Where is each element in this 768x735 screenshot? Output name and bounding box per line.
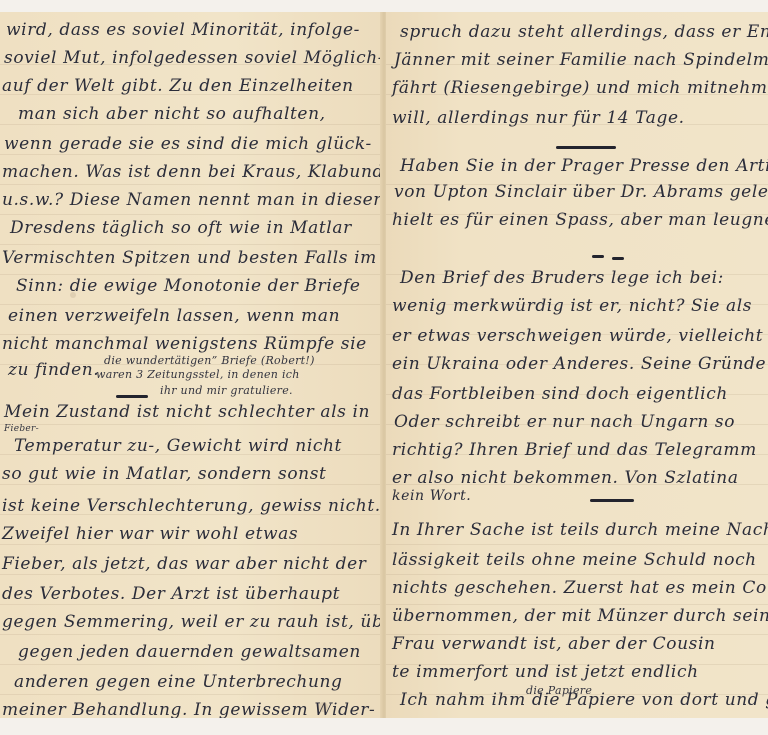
text-line: nicht manchmal wenigstens Rümpfe sie [2,334,367,354]
separator-stroke [556,146,616,149]
text-line: Ich nahm ihm die Papiere von dort und ga… [400,690,768,710]
separator-stroke [590,499,634,502]
text-line: Temperatur zu-, Gewicht wird nicht [14,436,342,456]
text-line: In Ihrer Sache ist teils durch meine Nac… [392,520,768,540]
text-line: Fieber, als jetzt, das war aber nicht de… [2,554,367,574]
text-line: gegen Semmering, weil er zu rauh ist, üb… [2,612,382,632]
text-line: machen. Was ist denn bei Kraus, Klabund [2,162,382,182]
interlinear-note: waren 3 Zeitungsstel, in denen ich [96,368,300,381]
separator-stroke [612,257,624,260]
text-line: so gut wie in Matlar, sondern sonst [2,464,326,484]
text-line: spruch dazu steht allerdings, dass er En… [400,22,768,42]
separator-stroke [116,395,148,398]
text-line: Dresdens täglich so oft wie in Matlar [10,218,352,238]
text-line: nichts geschehen. Zuerst hat es mein Cou… [392,578,768,598]
text-line: er etwas verschweigen würde, vielleicht … [392,326,768,346]
right-page: spruch dazu steht allerdings, dass er En… [386,12,768,718]
separator-stroke [592,255,604,258]
text-line: von Upton Sinclair über Dr. Abrams geles… [394,182,768,202]
text-line: man sich aber nicht so aufhalten, [18,104,326,124]
text-line: soviel Mut, infolgedessen soviel Möglich… [4,48,382,68]
text-line: Den Brief des Bruders lege ich bei: [400,268,724,288]
text-line: Vermischten Spitzen und besten Falls im [2,248,377,268]
text-line: Frau verwandt ist, aber der Cousin [392,634,716,654]
text-line: will, allerdings nur für 14 Tage. [392,108,685,128]
text-line: Sinn: die ewige Monotonie der Briefe [16,276,361,296]
text-line: kein Wort. [392,488,471,504]
text-line: lässigkeit teils ohne meine Schuld noch [392,550,757,570]
left-page: wird, dass es soviel Minorität, infolge-… [0,12,382,718]
text-line: einen verzweifeln lassen, wenn man [8,306,340,326]
paper-stain [70,292,76,298]
text-line: das Fortbleiben sind doch eigentlich [392,384,728,404]
text-line: u.s.w.? Diese Namen nennt man in diesen [2,190,382,210]
interlinear-note: Fieber- [4,424,39,434]
text-line: gegen jeden dauernden gewaltsamen [18,642,361,662]
text-line: ist keine Verschlechterung, gewiss nicht… [2,496,381,516]
text-line: Oder schreibt er nur nach Ungarn so [394,412,735,432]
text-line: te immerfort und ist jetzt endlich [392,662,699,682]
text-line: übernommen, der mit Münzer durch seine [392,606,768,626]
interlinear-note: ihr und mir gratuliere. [160,384,293,397]
text-line: Zweifel hier war wir wohl etwas [2,524,298,544]
interlinear-note: die wundertätigen” Briefe (Robert!) [104,354,315,367]
manuscript-spread: wird, dass es soviel Minorität, infolge-… [0,12,768,718]
text-line: zu finden. [8,360,99,380]
text-line: wird, dass es soviel Minorität, infolge- [6,20,360,40]
text-line: richtig? Ihren Brief und das Telegramm [392,440,757,460]
text-line: wenn gerade sie es sind die mich glück- [4,134,372,154]
text-line: ein Ukraina oder Anderes. Seine Gründe f… [392,354,768,374]
text-line: Mein Zustand ist nicht schlechter als in [4,402,370,422]
text-line: des Verbotes. Der Arzt ist überhaupt [2,584,340,604]
text-line: Haben Sie in der Prager Presse den Artik… [400,156,768,176]
text-line: Jänner mit seiner Familie nach Spindelmü… [394,50,768,70]
text-line: anderen gegen eine Unterbrechung [14,672,343,692]
text-line: auf der Welt gibt. Zu den Einzelheiten [2,76,354,96]
paper-stain [318,702,328,712]
text-line: wenig merkwürdig ist er, nicht? Sie als [392,296,752,316]
text-line: fährt (Riesengebirge) und mich mitnehmen [392,78,768,98]
text-line: hielt es für einen Spass, aber man leugn… [392,210,768,230]
text-line: er also nicht bekommen. Von Szlatina [392,468,739,488]
